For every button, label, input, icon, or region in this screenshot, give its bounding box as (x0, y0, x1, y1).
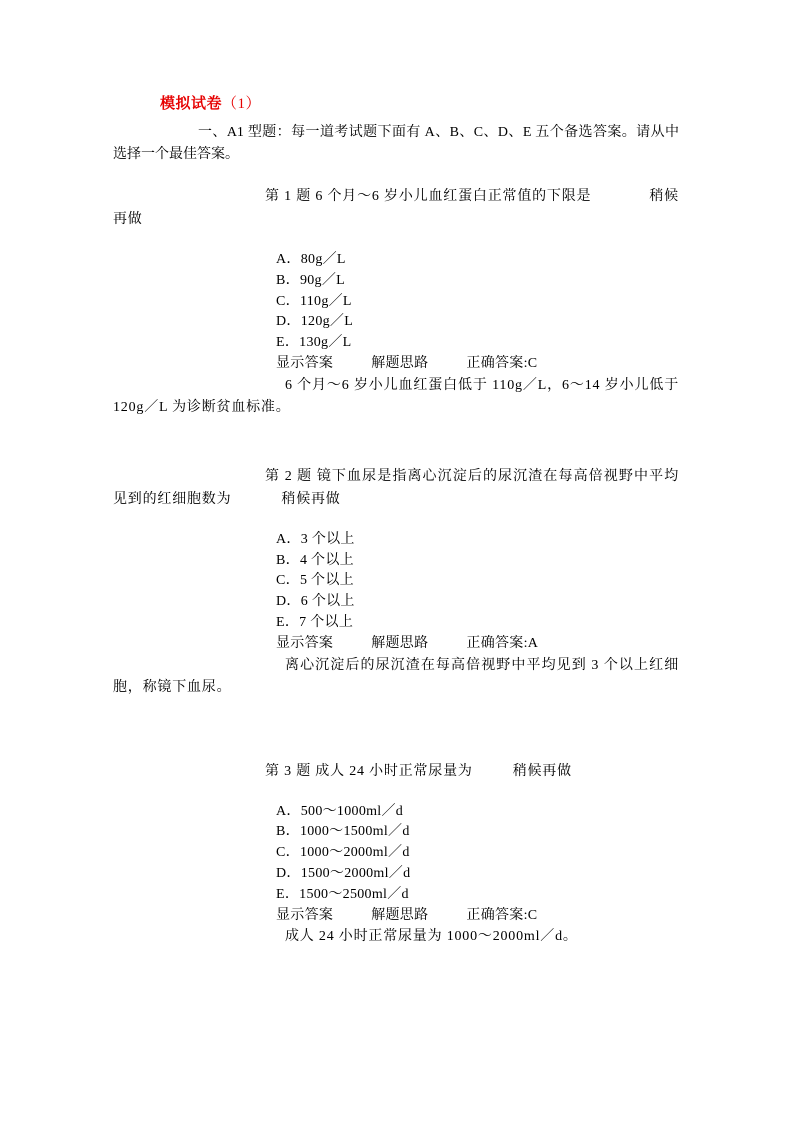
option-key: B． (276, 553, 300, 568)
question-2-heading: 第 2 题 镜下血尿是指离心沉淀后的尿沉渣在每高倍视野中平均见到的红细胞数为稍候… (113, 465, 679, 511)
option-text: 1000～1500ml／d (300, 824, 410, 839)
option-e[interactable]: E．1500～2500ml／d (276, 885, 679, 906)
question-block-2: 第 2 题 镜下血尿是指离心沉淀后的尿沉渣在每高倍视野中平均见到的红细胞数为稍候… (113, 465, 679, 700)
correct-answer: 正确答案:C (466, 908, 537, 923)
correct-answer: 正确答案:A (466, 636, 538, 651)
question-block-3: 第 3 题 成人 24 小时正常尿量为稍候再做 A．500～1000ml／d B… (113, 760, 679, 949)
option-text: 80g／L (301, 252, 346, 267)
option-text: 7 个以上 (299, 615, 353, 630)
option-a[interactable]: A．500～1000ml／d (276, 802, 679, 823)
show-answer-link[interactable]: 显示答案 (276, 636, 333, 651)
solution-link[interactable]: 解题思路 (371, 636, 428, 651)
answer-row: 显示答案解题思路正确答案:A (276, 634, 679, 655)
option-a[interactable]: A．3 个以上 (276, 530, 679, 551)
show-answer-link[interactable]: 显示答案 (276, 908, 333, 923)
option-text: 1000～2000ml／d (300, 845, 410, 860)
question-1-options: A．80g／L B．90g／L C．110g／L D．120g／L E．130g… (276, 250, 679, 354)
question-block-1: 第 1 题 6 个月～6 岁小儿血红蛋白正常值的下限是稍候再做 A．80g／L … (113, 185, 679, 420)
option-b[interactable]: B．90g／L (276, 271, 679, 292)
option-e[interactable]: E．7 个以上 (276, 613, 679, 634)
defer-button[interactable]: 稍候再做 (513, 764, 572, 779)
option-text: 1500～2000ml／d (301, 866, 411, 881)
question-2-text: 第 2 题 镜下血尿是指离心沉淀后的尿沉渣在每高倍视野中平均见到的红细胞数为 (113, 469, 679, 507)
option-b[interactable]: B．4 个以上 (276, 551, 679, 572)
explanation-text: 6 个月～6 岁小儿血红蛋白低于 110g／L，6～14 岁小儿低于 120g／… (113, 375, 679, 420)
option-c[interactable]: C．1000～2000ml／d (276, 843, 679, 864)
question-3-heading: 第 3 题 成人 24 小时正常尿量为稍候再做 (113, 760, 679, 783)
option-key: B． (276, 273, 300, 288)
answer-row: 显示答案解题思路正确答案:C (276, 906, 679, 927)
title-number: （1） (222, 96, 261, 112)
option-text: 6 个以上 (301, 594, 355, 609)
option-key: A． (276, 804, 301, 819)
answer-row: 显示答案解题思路正确答案:C (276, 354, 679, 375)
defer-button[interactable]: 稍候再做 (281, 492, 340, 507)
option-key: E． (276, 335, 299, 350)
option-key: E． (276, 887, 299, 902)
option-c[interactable]: C．110g／L (276, 292, 679, 313)
option-text: 3 个以上 (301, 532, 355, 547)
option-key: D． (276, 594, 301, 609)
option-text: 500～1000ml／d (301, 804, 403, 819)
option-key: A． (276, 532, 301, 547)
title-text: 模拟试卷 (160, 96, 222, 112)
option-c[interactable]: C．5 个以上 (276, 571, 679, 592)
option-text: 120g／L (301, 314, 353, 329)
solution-link[interactable]: 解题思路 (371, 908, 428, 923)
option-text: 130g／L (299, 335, 351, 350)
option-text: 4 个以上 (300, 553, 354, 568)
question-1-text: 第 1 题 6 个月～6 岁小儿血红蛋白正常值的下限是 (265, 189, 591, 204)
option-b[interactable]: B．1000～1500ml／d (276, 822, 679, 843)
option-key: C． (276, 294, 300, 309)
page-title: 模拟试卷（1） (160, 94, 679, 115)
option-text: 1500～2500ml／d (299, 887, 409, 902)
option-key: C． (276, 845, 300, 860)
option-a[interactable]: A．80g／L (276, 250, 679, 271)
option-key: C． (276, 573, 300, 588)
option-text: 110g／L (300, 294, 352, 309)
document-page: 模拟试卷（1） 一、A1 型题：每一道考试题下面有 A、B、C、D、E 五个备选… (0, 0, 793, 1122)
solution-link[interactable]: 解题思路 (371, 356, 428, 371)
question-2-options: A．3 个以上 B．4 个以上 C．5 个以上 D．6 个以上 E．7 个以上 (276, 530, 679, 634)
question-3-options: A．500～1000ml／d B．1000～1500ml／d C．1000～20… (276, 802, 679, 906)
question-3-text: 第 3 题 成人 24 小时正常尿量为 (265, 764, 473, 779)
option-e[interactable]: E．130g／L (276, 333, 679, 354)
option-d[interactable]: D．6 个以上 (276, 592, 679, 613)
option-d[interactable]: D．120g／L (276, 312, 679, 333)
option-key: D． (276, 866, 301, 881)
show-answer-link[interactable]: 显示答案 (276, 356, 333, 371)
explanation-text: 成人 24 小时正常尿量为 1000～2000ml／d。 (113, 926, 679, 949)
option-text: 5 个以上 (300, 573, 354, 588)
option-text: 90g／L (300, 273, 345, 288)
correct-answer: 正确答案:C (466, 356, 537, 371)
option-key: A． (276, 252, 301, 267)
question-1-heading: 第 1 题 6 个月～6 岁小儿血红蛋白正常值的下限是稍候再做 (113, 185, 679, 231)
explanation-text: 离心沉淀后的尿沉渣在每高倍视野中平均见到 3 个以上红细胞，称镜下血尿。 (113, 655, 679, 700)
option-key: B． (276, 824, 300, 839)
option-d[interactable]: D．1500～2000ml／d (276, 864, 679, 885)
option-key: D． (276, 314, 301, 329)
section-instruction: 一、A1 型题：每一道考试题下面有 A、B、C、D、E 五个备选答案。请从中选择… (113, 122, 679, 166)
option-key: E． (276, 615, 299, 630)
